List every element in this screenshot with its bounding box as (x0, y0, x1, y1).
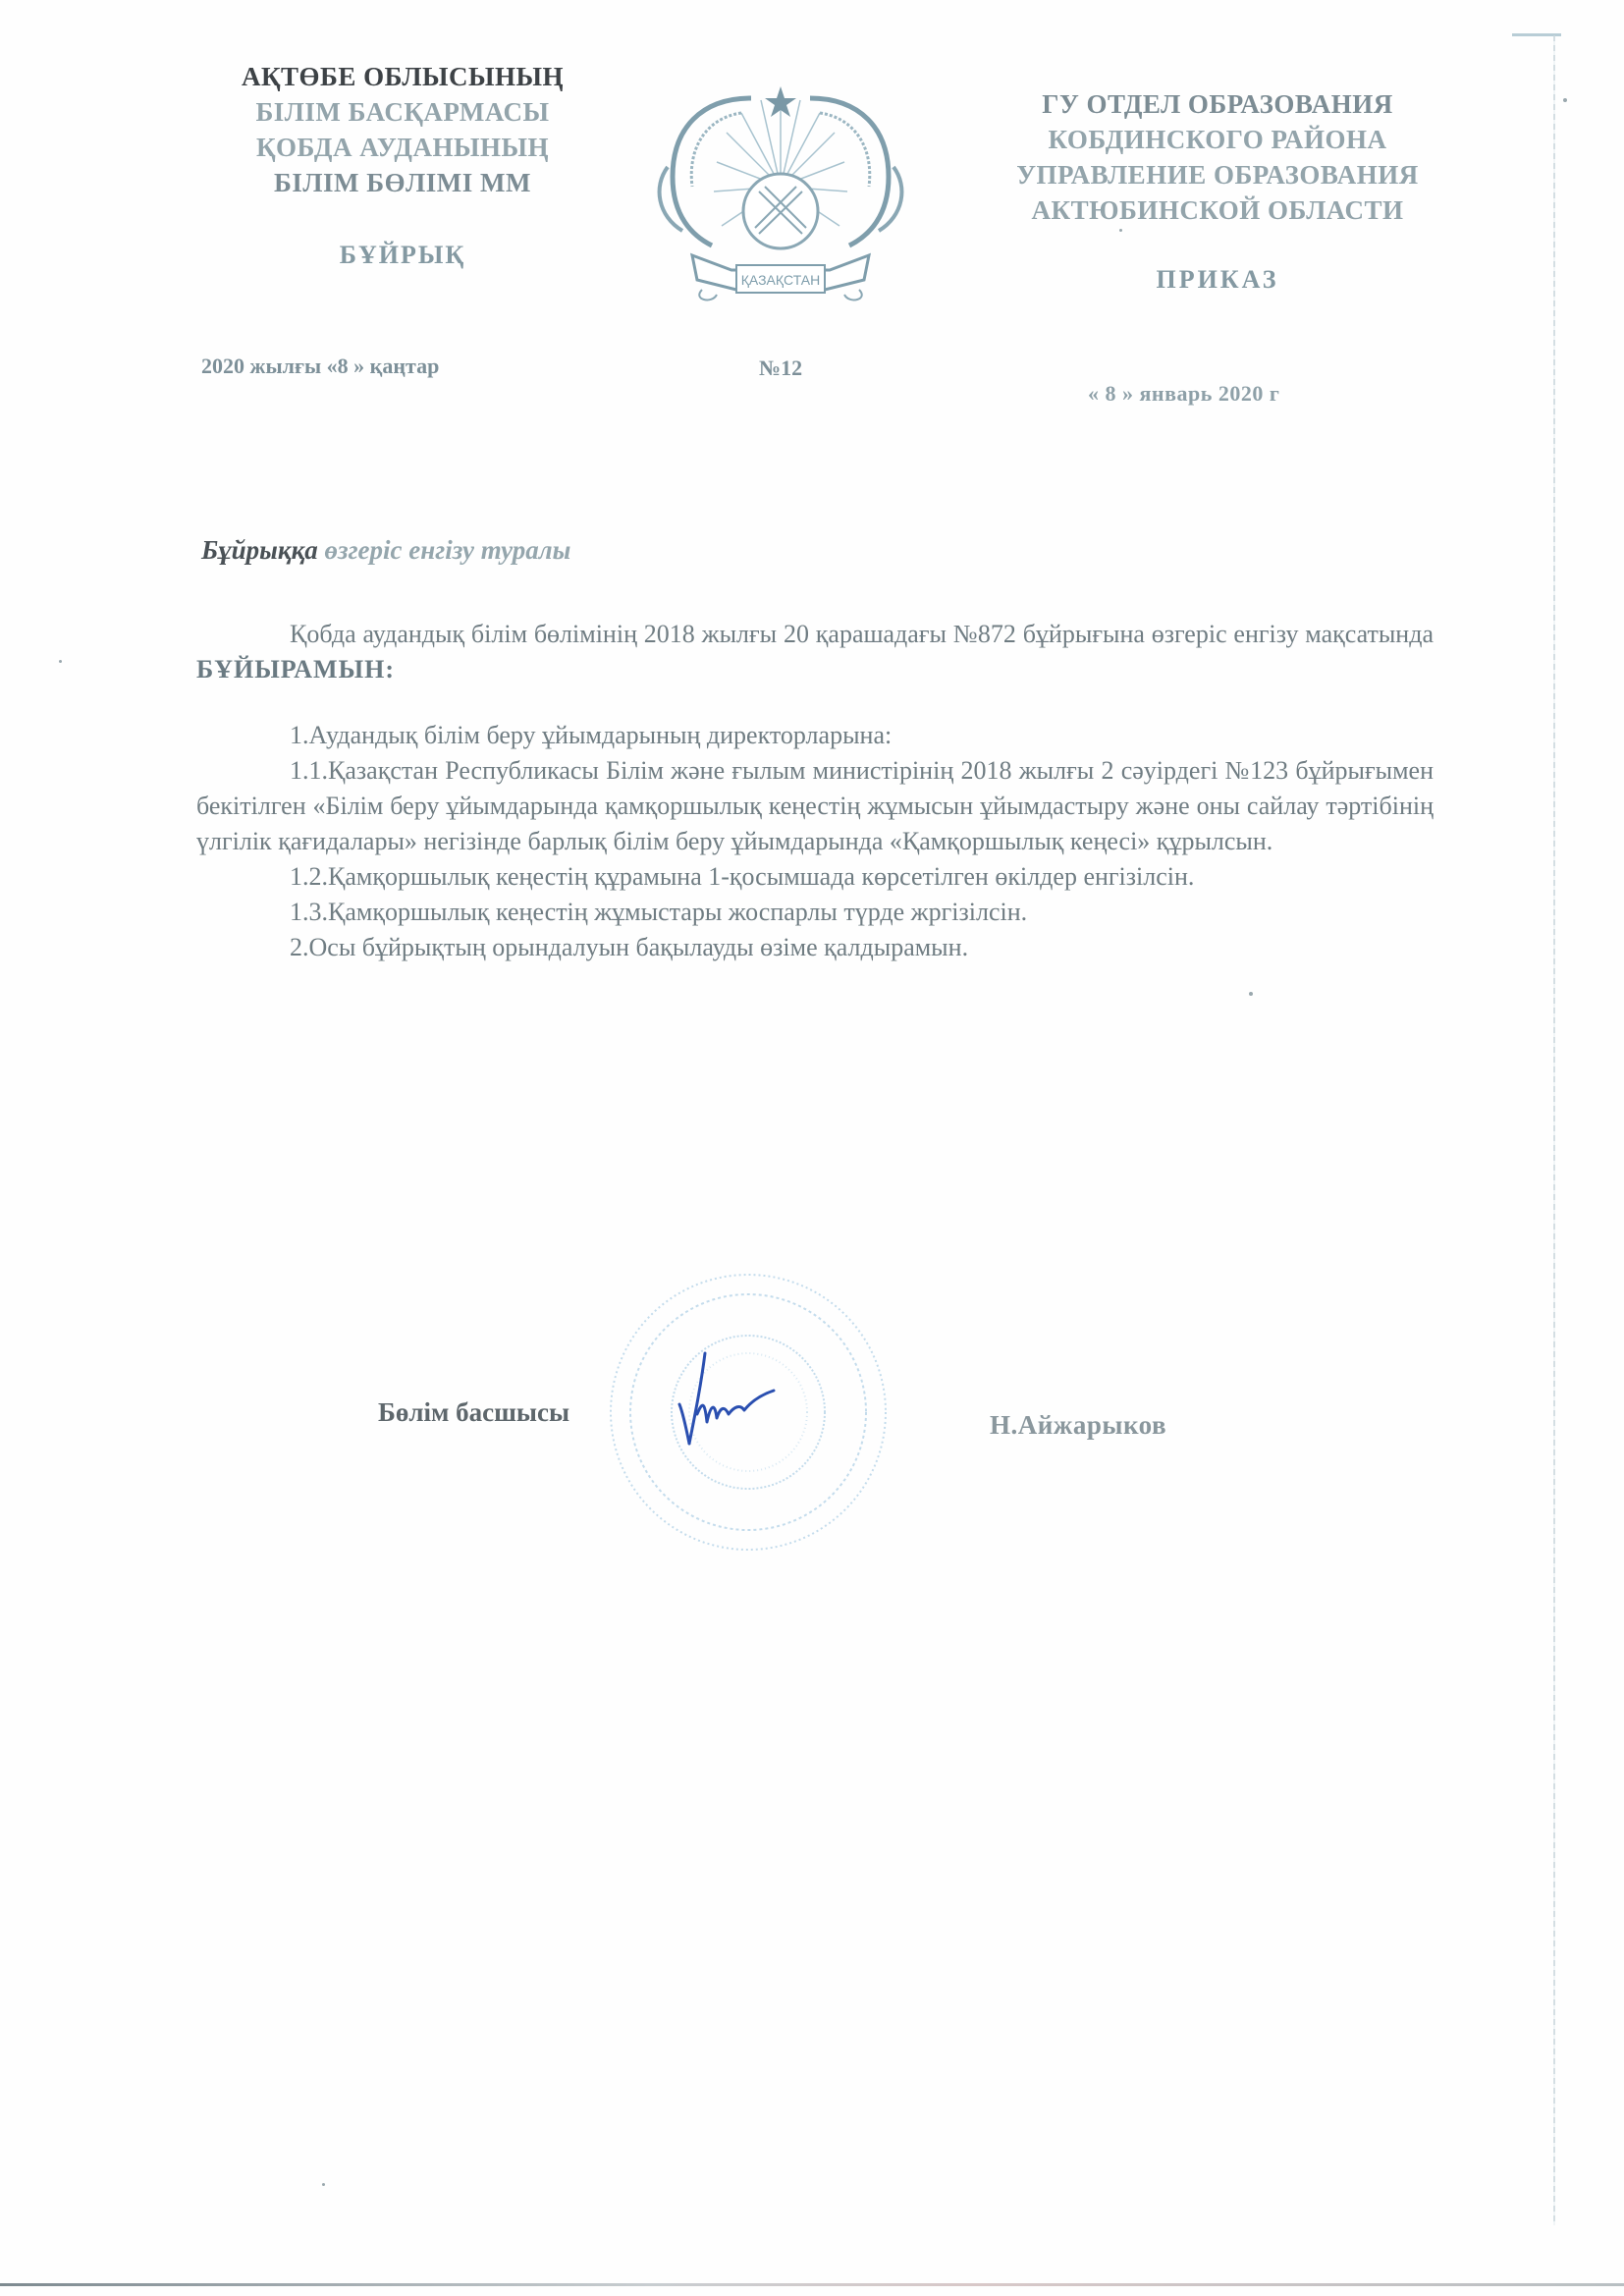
order-item-2: 2.Осы бұйрықтың орындалуын бақылауды өзі… (196, 930, 1434, 965)
scan-edge-bottom (0, 2283, 1624, 2286)
scan-speck (59, 660, 62, 663)
header-left-line-2: БІЛІМ БАСҚАРМАСЫ (196, 94, 609, 130)
order-item-1-2: 1.2.Қамқоршылық кеңестің құрамына 1-қосы… (196, 859, 1434, 895)
scan-speck (1563, 98, 1567, 102)
header-left-line-1: АҚТӨБЕ ОБЛЫСЫНЫҢ (196, 59, 609, 94)
subject-rest: өзгеріс енгізу туралы (318, 535, 571, 565)
order-item-1: 1.Аудандық білім беру ұйымдарының директ… (196, 718, 1434, 753)
subject-heading: Бұйрыққа өзгеріс енгізу туралы (201, 535, 570, 566)
doc-type-kz: БҰЙРЫҚ (196, 241, 609, 270)
document-page: АҚТӨБЕ ОБЛЫСЫНЫҢ БІЛІМ БАСҚАРМАСЫ ҚОБДА … (0, 0, 1624, 2296)
intro-command: БҰЙЫРАМЫН: (196, 655, 395, 683)
signatory-name: Н.Айжарыков (990, 1410, 1166, 1441)
order-item-1-3: 1.3.Қамқоршылық кеңестің жұмыстары жоспа… (196, 895, 1434, 930)
doc-type-ru: ПРИКАЗ (992, 265, 1443, 295)
order-number: №12 (759, 355, 802, 381)
kazakhstan-emblem-icon: ҚАЗАҚСТАН (643, 69, 918, 314)
date-kz: 2020 жылғы «8 » қаңтар (201, 354, 439, 379)
scan-edge-right (1553, 35, 1555, 2225)
header-right-line-4: АКТЮБИНСКОЙ ОБЛАСТИ (992, 192, 1443, 228)
scan-speck (322, 2183, 325, 2186)
header-left-organization: АҚТӨБЕ ОБЛЫСЫНЫҢ БІЛІМ БАСҚАРМАСЫ ҚОБДА … (196, 59, 609, 200)
subject-first-word: Бұйрыққа (201, 535, 318, 565)
handwritten-signature-icon (668, 1345, 785, 1463)
signatory-position: Бөлім басшысы (378, 1397, 569, 1428)
intro-paragraph: Қобда аудандық білім бөлімінің 2018 жылғ… (196, 617, 1434, 687)
date-ru: « 8 » январь 2020 г (1088, 381, 1279, 407)
scan-speck (1119, 229, 1122, 232)
intro-text: Қобда аудандық білім бөлімінің 2018 жылғ… (290, 620, 1434, 648)
header-right-organization: ГУ ОТДЕЛ ОБРАЗОВАНИЯ КОБДИНСКОГО РАЙОНА … (992, 86, 1443, 228)
header-left-line-3: ҚОБДА АУДАНЫНЫҢ (196, 130, 609, 165)
header-right-line-3: УПРАВЛЕНИЕ ОБРАЗОВАНИЯ (992, 157, 1443, 192)
order-item-1-1: 1.1.Қазақстан Республикасы Білім және ғы… (196, 753, 1434, 859)
svg-text:ҚАЗАҚСТАН: ҚАЗАҚСТАН (741, 272, 820, 288)
order-body: Қобда аудандық білім бөлімінің 2018 жылғ… (196, 617, 1434, 965)
header-left-line-4: БІЛІМ БӨЛІМІ ММ (196, 165, 609, 200)
header-right-line-1: ГУ ОТДЕЛ ОБРАЗОВАНИЯ (992, 86, 1443, 122)
scan-speck (1249, 992, 1253, 996)
header-right-line-2: КОБДИНСКОГО РАЙОНА (992, 122, 1443, 157)
